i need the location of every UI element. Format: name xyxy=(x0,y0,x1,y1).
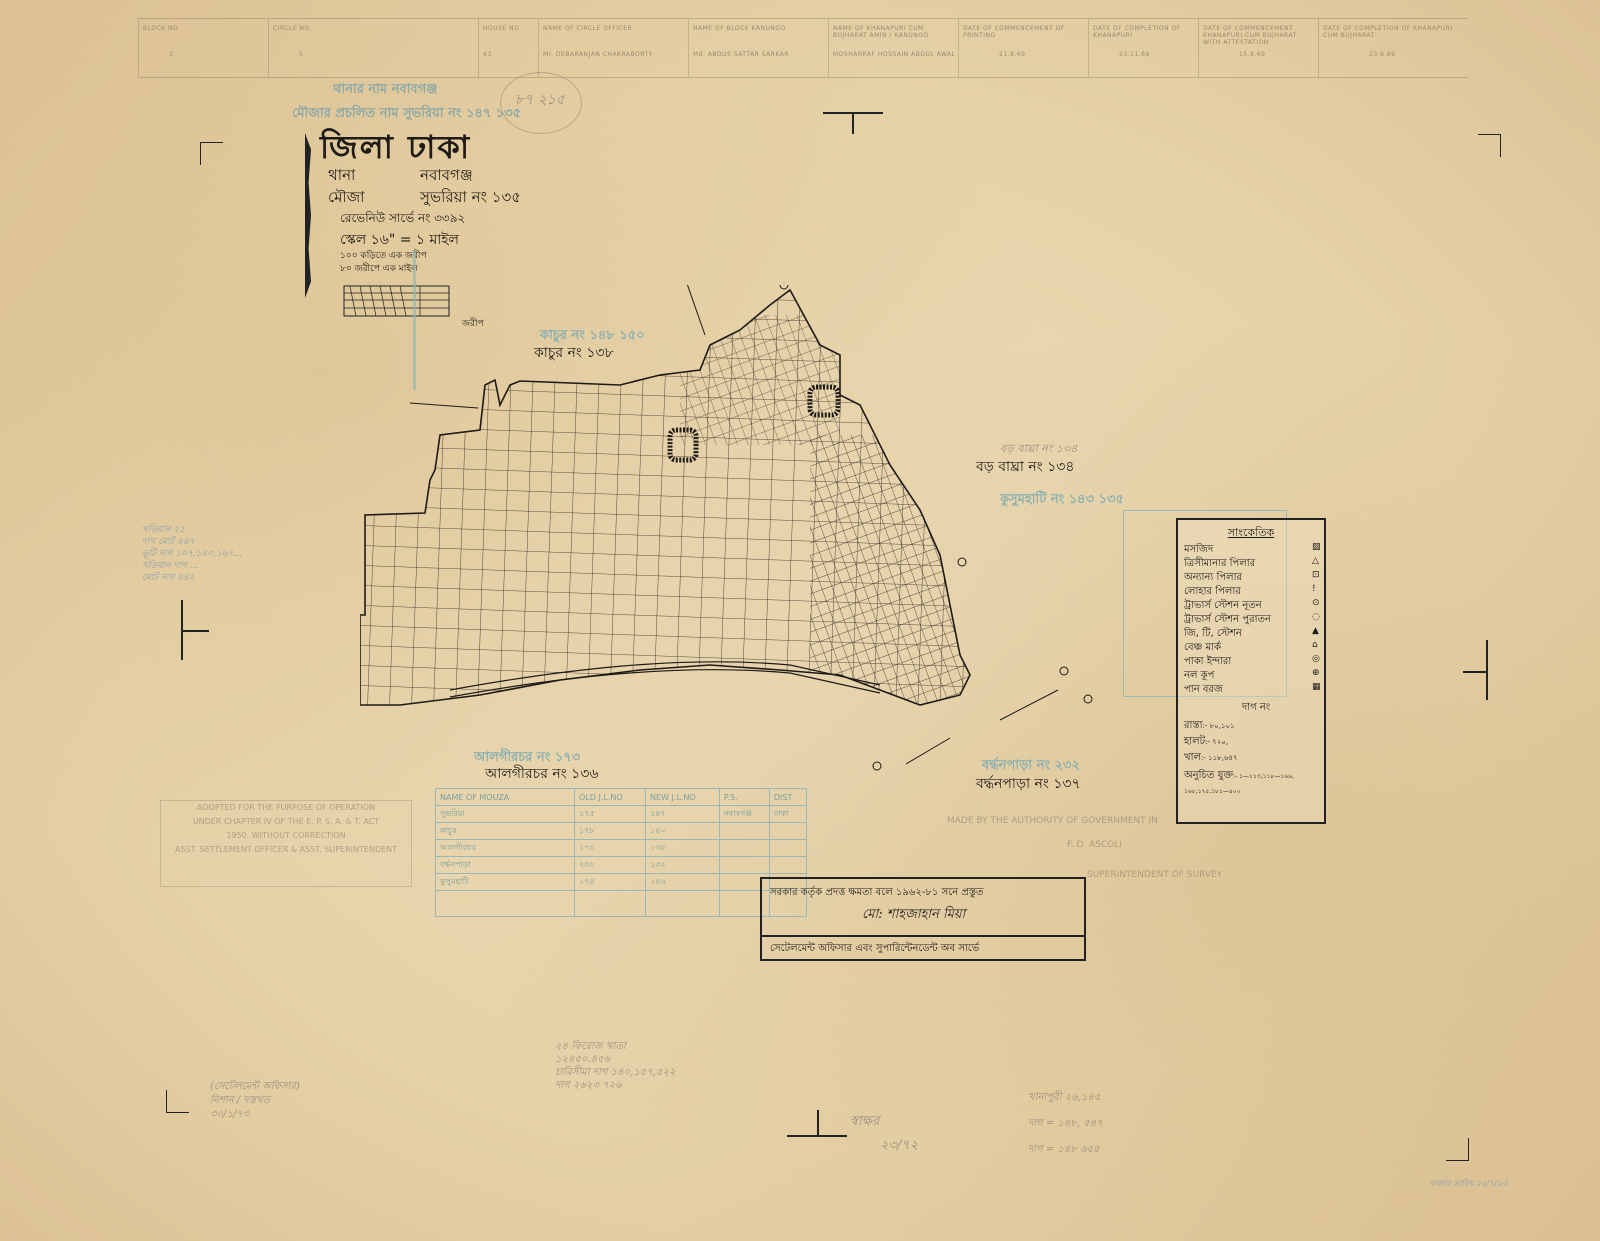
ascoli-stamp: F. D. ASCOLI xyxy=(1067,840,1122,850)
plot-numbers-title: দাগ নং xyxy=(1242,700,1270,717)
plot-halot: হালট:- ৭২০, xyxy=(1184,734,1228,751)
ledger-col-bujharat-done: DATE OF COMPLETION OF KHANAPURI CUM BUJH… xyxy=(1318,19,1468,77)
crop-mark-top-right xyxy=(1478,134,1501,157)
header-old-jl-no: OLD J.L.NO xyxy=(575,789,646,806)
mouza-label: মৌজা xyxy=(328,186,364,211)
south-neighbour-label: আলগীরচর নং ১৩৬ xyxy=(485,762,598,786)
legend-item-betel-garden: পান বরজ xyxy=(1184,682,1223,699)
pencil-note-bottom-left: (সেটেলমেন্ট অফিসার) নিশান / দস্তখত ৩০/১/… xyxy=(210,1080,300,1122)
crop-mark-bottom-right xyxy=(1446,1138,1469,1161)
table-row xyxy=(436,891,807,917)
table-header-row: NAME OF MOUZA OLD J.L.NO NEW J.L.NO P.S.… xyxy=(436,789,807,806)
pencil-signature-note: স্বাক্ষর ২৩/৭২ xyxy=(850,1110,918,1158)
cadastral-map-sheet: BLOCK NO.3 CIRCLE NO.5 HOUSE NO.43 NAME … xyxy=(0,0,1600,1241)
registration-mark-right xyxy=(1486,640,1488,700)
ledger-col-printing: DATE OF COMMENCEMENT OF PRINTING21.8.69 xyxy=(958,19,1088,77)
ledger-col-house: HOUSE NO.43 xyxy=(478,19,538,77)
header-new-jl-no: NEW J.L.NO xyxy=(646,789,720,806)
ledger-col-bujharat-start: DATE OF COMMENCEMENT KHANAPURI CUM BUJHA… xyxy=(1198,19,1318,77)
pencil-corner-note: বাজার তারিখ ২২/৭/২৩ xyxy=(1430,1178,1507,1191)
superintendent-stamp: SUPERINTENDENT OF SURVEY xyxy=(1087,870,1222,880)
mouza-value: সুভরিয়া নং ১৩৫ xyxy=(420,186,521,211)
square-pillar-icon: ⊡ xyxy=(1312,570,1320,580)
ledger-col-khanapuri-done: DATE OF COMPLETION OF KHANAPURI23.11.69 xyxy=(1088,19,1198,77)
pencil-circle-note: ৮৭ ২১৫ xyxy=(515,88,565,112)
crop-mark-top-left xyxy=(200,142,223,165)
mouza-reference-table: NAME OF MOUZA OLD J.L.NO NEW J.L.NO P.S.… xyxy=(435,788,807,917)
header-ps: P.S. xyxy=(719,789,769,806)
southeast-neighbour-label: বর্দ্ধনপাড়া নং ১৩৭ xyxy=(976,772,1081,796)
betel-garden-icon: ▦ xyxy=(1312,682,1321,692)
header-ledger-table: BLOCK NO.3 CIRCLE NO.5 HOUSE NO.43 NAME … xyxy=(138,18,1468,78)
scale-note-2: ৮০ জরীপে এক মাইল xyxy=(340,261,418,276)
adoption-stamp: ADOPTED FOR THE PURPOSE OF OPERATION UND… xyxy=(160,800,412,887)
traverse-old-icon: ◌ xyxy=(1312,612,1320,622)
preparation-certificate: সরকার কর্তৃক প্রদত্ত ক্ষমতা বলে ১৯৬২-৮১ … xyxy=(760,877,1086,961)
pencil-note-bottom-center: ২৪ ফিরোজ খাতা ১২৪৫০.৪৫৬ চারিসীমা দাগ ১৪০… xyxy=(555,1040,675,1092)
plot-road: রাস্তা:- ৮০,১০১ xyxy=(1184,718,1235,735)
traverse-new-icon: ⊙ xyxy=(1312,598,1320,608)
legend-panel: সাংকেতিক মসজিদ ▨ ত্রিসীমানার পিলার △ অন্… xyxy=(1176,518,1326,824)
registration-mark-right-stem xyxy=(1463,671,1487,673)
faint-thana-line: থানার নাম নবাবগঞ্জ xyxy=(333,80,437,101)
authority-stamp: MADE BY THE AUTHORITY OF GOVERNMENT IN xyxy=(947,816,1158,826)
ledger-col-circle: CIRCLE NO.5 xyxy=(268,19,478,77)
certificate-line-1: সরকার কর্তৃক প্রদত্ত ক্ষমতা বলে ১৯৬২-৮১ … xyxy=(770,885,984,902)
table-row: কুসুমহাটি১৭৪১৪৬ xyxy=(436,874,807,891)
triangle-pillar-icon: △ xyxy=(1312,556,1319,566)
title-bracket-ornament xyxy=(305,133,311,298)
pucca-well-icon: ◎ xyxy=(1312,654,1320,664)
plot-canal: খাল:- ১১৮,৬৪৭ xyxy=(1184,750,1238,767)
table-row: কাচুর১৭৮১৫০ xyxy=(436,823,807,840)
ledger-col-block: BLOCK NO.3 xyxy=(138,19,268,77)
east-neighbour-label: বড় বাঘ্রা নং ১৩৪ xyxy=(976,455,1074,479)
registration-mark-top-stem xyxy=(852,112,854,134)
officer-signature: মো: শাহজাহান মিয়া xyxy=(862,905,965,926)
certificate-line-2: সেটেলমেন্ট অফিসার এবং সুপারিন্টেনডেন্ট অ… xyxy=(770,941,979,958)
plot-unused: অনুচিত যুক্ত:- ১—১১৩,১১৮—১৬৬, ১৬৮,১৭৫,১৮… xyxy=(1184,768,1324,797)
table-row: সুভরিয়া১৭৫১৪৭নবাবগঞ্জঢাকা xyxy=(436,806,807,823)
east-neighbour-faint-2: কুসুমহাটি নং ১৪৩ ১৩৫ xyxy=(1000,490,1124,511)
mosque-icon: ▨ xyxy=(1312,542,1321,552)
iron-pillar-icon: ! xyxy=(1312,584,1316,594)
traverse-stations xyxy=(870,550,1100,780)
header-dist: DIST xyxy=(769,789,806,806)
registration-mark-left-stem xyxy=(181,630,209,632)
crop-mark-bottom-left xyxy=(166,1090,189,1113)
table-row: আলগীরচর১৭৩১৩৮ xyxy=(436,840,807,857)
table-row: বর্দ্ধনপাড়া২৩২১৩২ xyxy=(436,857,807,874)
ledger-col-circle-officer: NAME OF CIRCLE OFFICERMr. DEBARANJAN CHA… xyxy=(538,19,688,77)
ledger-col-block-kanungo: NAME OF BLOCK KANUNGOMd. ABDUS SATTAR SA… xyxy=(688,19,828,77)
pencil-plot-summary: খতিয়ান ২১ দাগ মোট ৪৪৭ ভূটি দাগ ১০৭,১৪০,… xyxy=(142,524,242,584)
tube-well-icon: ⊕ xyxy=(1312,668,1320,678)
legend-title: সাংকেতিক xyxy=(1178,524,1324,543)
revenue-survey-number: রেভেনিউ সার্ভে নং ৩৩৯২ xyxy=(340,210,465,230)
bench-mark-icon: ⌂ xyxy=(1312,640,1318,650)
gt-station-icon: ▲ xyxy=(1312,626,1319,636)
ledger-col-amin: NAME OF KHANAPURI CUM BUJHARAT AMIN / KA… xyxy=(828,19,958,77)
header-name-of-mouza: NAME OF MOUZA xyxy=(436,789,575,806)
pencil-note-bottom-right: খানাপুরী ২৬,১৪৫ দাগ = ১৪৮, ৫৪৭ দাগ = ১৪৮… xyxy=(1028,1085,1103,1163)
north-neighbour-label: কাচুর নং ১৩৮ xyxy=(534,341,614,365)
registration-mark-bottom-stem xyxy=(817,1110,819,1136)
